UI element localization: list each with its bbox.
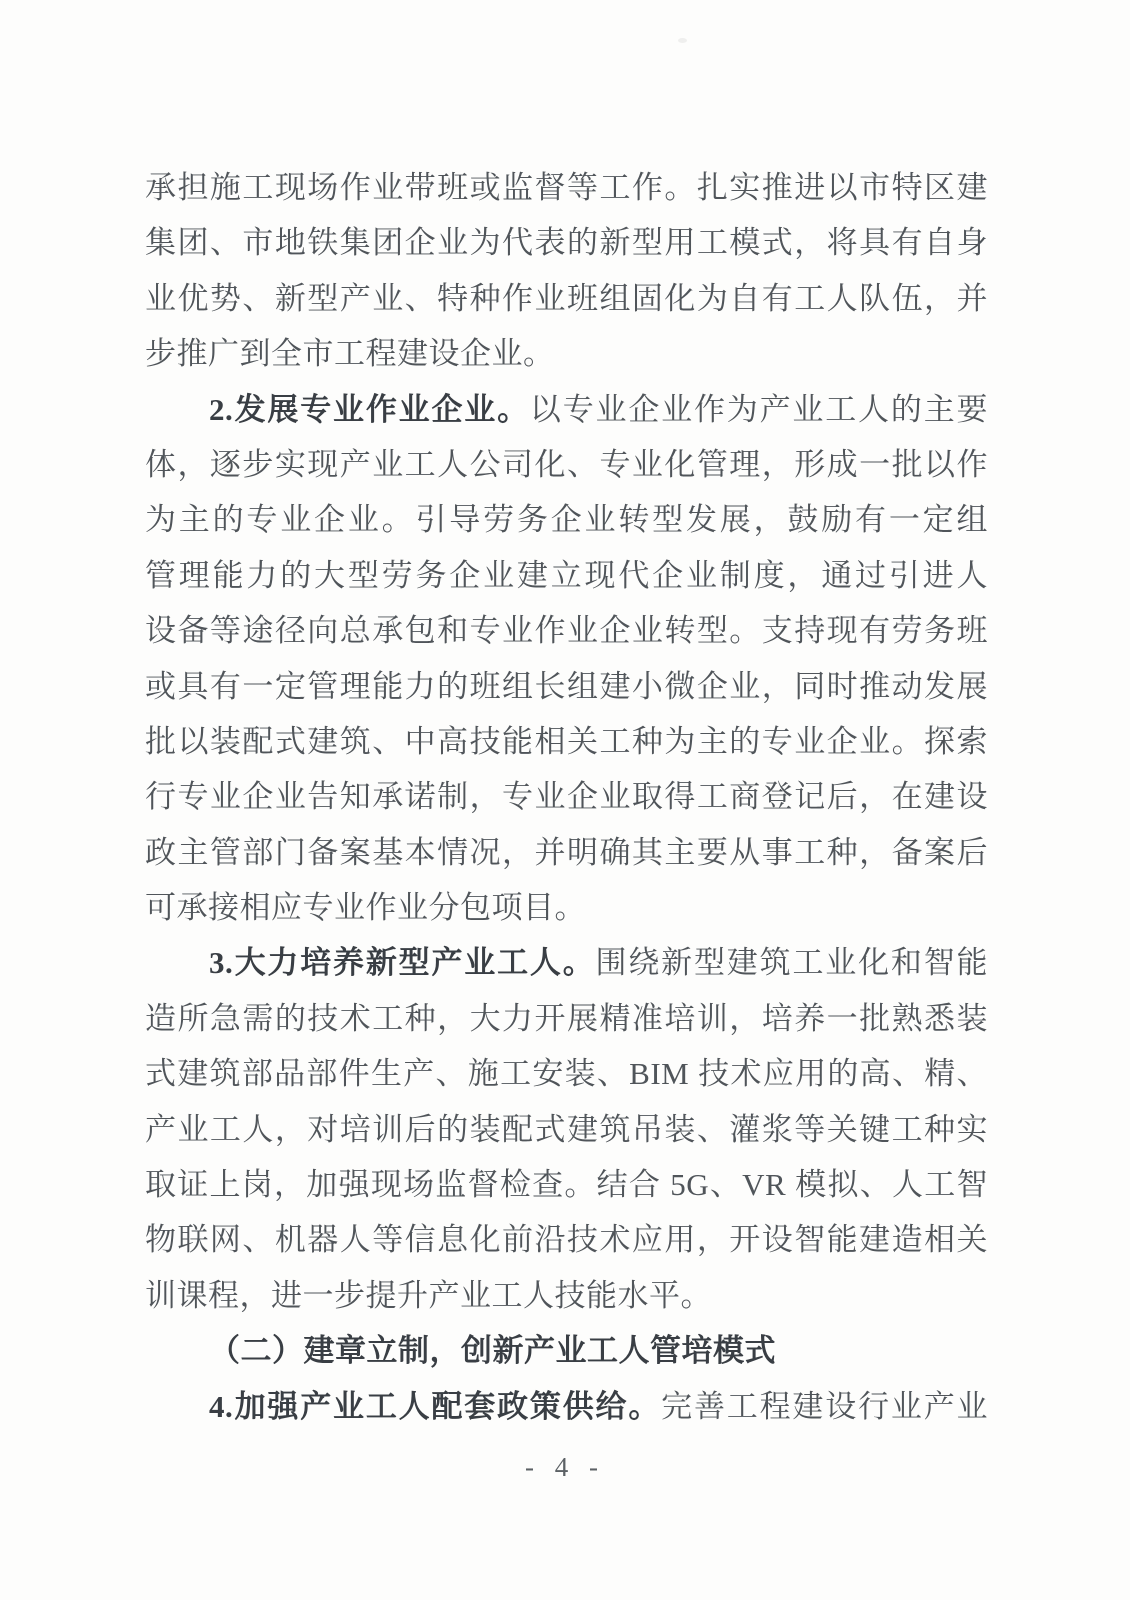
text-line: 造所急需的技术工种，大力开展精准培训，培养一批熟悉装配 [145,991,988,1046]
text-line: 4.加强产业工人配套政策供给。完善工程建设行业产业工 [145,1379,988,1434]
text-line: 式建筑部品部件生产、施工安装、BIM 技术应用的高、精、尖 [145,1046,988,1101]
text-segment: 训课程，进一步提升产业工人技能水平。 [145,1278,712,1313]
text-line: 或具有一定管理能力的班组长组建小微企业，同时推动发展一 [145,659,988,714]
bold-text-segment: 3.大力培养新型产业工人。 [209,945,596,980]
text-line: 承担施工现场作业带班或监督等工作。扎实推进以市特区建工 [145,160,988,215]
text-line: 为主的专业企业。引导劳务企业转型发展，鼓励有一定组织、 [145,492,988,547]
text-line: 业优势、新型产业、特种作业班组固化为自有工人队伍，并逐 [145,271,988,326]
text-line: 批以装配式建筑、中高技能相关工种为主的专业企业。探索实 [145,714,988,769]
text-segment: 可承接相应专业作业分包项目。 [145,890,586,925]
text-line: 管理能力的大型劳务企业建立现代企业制度，通过引进人才、 [145,548,988,603]
text-line: 政主管部门备案基本情况，并明确其主要从事工种，备案后即 [145,825,988,880]
text-segment: 业优势、新型产业、特种作业班组固化为自有工人队伍，并逐 [145,281,988,326]
page-footer: - 4 - [0,1452,1130,1483]
text-segment: 物联网、机器人等信息化前沿技术应用，开设智能建造相关培 [145,1222,988,1267]
text-segment: 取证上岗，加强现场监督检查。结合 5G、VR 模拟、人工智能、 [145,1167,988,1212]
text-line: 步推广到全市工程建设企业。 [145,326,988,381]
scan-artifact-dot [678,38,687,43]
text-line: 3.大力培养新型产业工人。围绕新型建筑工业化和智能建 [145,935,988,990]
text-segment: 设备等途径向总承包和专业作业企业转型。支持现有劳务班组 [145,613,988,658]
text-line: 行专业企业告知承诺制，专业企业取得工商登记后，在建设行 [145,769,988,824]
text-segment: 为主的专业企业。引导劳务企业转型发展，鼓励有一定组织、 [145,502,988,547]
text-segment: 步推广到全市工程建设企业。 [145,336,555,371]
text-line: 产业工人，对培训后的装配式建筑吊装、灌浆等关键工种实行 [145,1102,988,1157]
text-segment: 体，逐步实现产业工人公司化、专业化管理，形成一批以作业 [145,447,988,492]
text-segment: 造所急需的技术工种，大力开展精准培训，培养一批熟悉装配 [145,1001,988,1046]
text-segment: 或具有一定管理能力的班组长组建小微企业，同时推动发展一 [145,669,988,714]
text-segment: 承担施工现场作业带班或监督等工作。扎实推进以市特区建工 [145,170,988,215]
text-segment: 批以装配式建筑、中高技能相关工种为主的专业企业。探索实 [145,724,988,769]
text-line: 设备等途径向总承包和专业作业企业转型。支持现有劳务班组 [145,603,988,658]
text-line: （二）建章立制，创新产业工人管培模式 [145,1323,988,1378]
page-number: - 4 - [525,1452,605,1482]
document-page: 承担施工现场作业带班或监督等工作。扎实推进以市特区建工集团、市地铁集团企业为代表… [0,0,1130,1600]
text-line: 物联网、机器人等信息化前沿技术应用，开设智能建造相关培 [145,1212,988,1267]
text-line: 体，逐步实现产业工人公司化、专业化管理，形成一批以作业 [145,437,988,492]
text-segment: 管理能力的大型劳务企业建立现代企业制度，通过引进人才、 [145,558,988,603]
text-segment: 集团、市地铁集团企业为代表的新型用工模式，将具有自身产 [145,225,988,270]
text-line: 训课程，进一步提升产业工人技能水平。 [145,1268,988,1323]
text-line: 取证上岗，加强现场监督检查。结合 5G、VR 模拟、人工智能、 [145,1157,988,1212]
text-segment: 式建筑部品部件生产、施工安装、BIM 技术应用的高、精、尖 [145,1056,988,1101]
text-segment: 行专业企业告知承诺制，专业企业取得工商登记后，在建设行 [145,779,988,824]
bold-text-segment: 4.加强产业工人配套政策供给。 [209,1389,661,1424]
text-segment: 政主管部门备案基本情况，并明确其主要从事工种，备案后即 [145,835,988,880]
text-line: 集团、市地铁集团企业为代表的新型用工模式，将具有自身产 [145,215,988,270]
text-line: 2.发展专业作业企业。以专业企业作为产业工人的主要载 [145,382,988,437]
text-line: 可承接相应专业作业分包项目。 [145,880,988,935]
document-body: 承担施工现场作业带班或监督等工作。扎实推进以市特区建工集团、市地铁集团企业为代表… [145,160,988,1434]
bold-text-segment: （二）建章立制，创新产业工人管培模式 [209,1333,776,1368]
text-segment: 产业工人，对培训后的装配式建筑吊装、灌浆等关键工种实行 [145,1112,988,1157]
bold-text-segment: 2.发展专业作业企业。 [209,392,530,427]
